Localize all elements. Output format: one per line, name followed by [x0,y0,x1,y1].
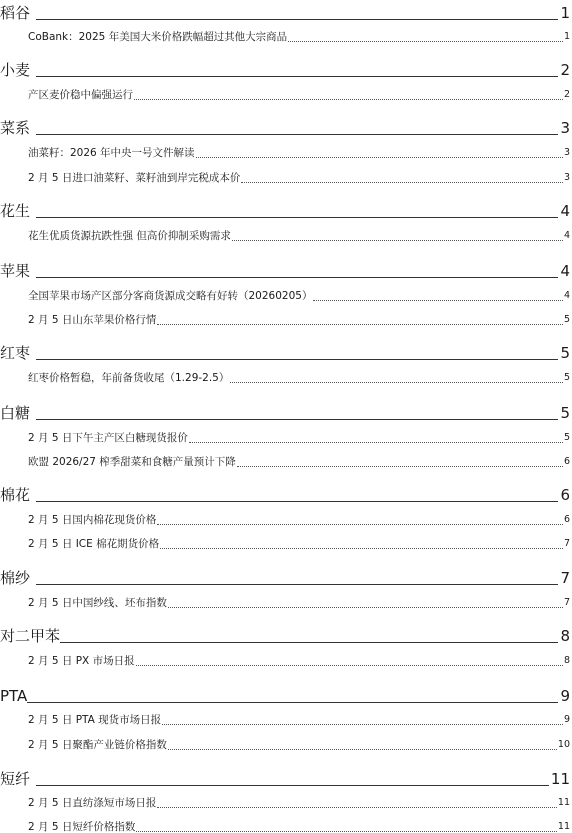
solid-leader-line [36,217,558,218]
toc-heading[interactable]: 花生4 [0,199,572,221]
toc-entry-title[interactable]: 2 月 5 日中国纱线、坯布指数 [28,595,167,611]
toc-heading[interactable]: 小麦2 [0,58,572,80]
toc-entry-title[interactable]: 2 月 5 日 ICE 棉花期货价格 [28,536,159,552]
toc-heading-title[interactable]: 红枣 [0,343,30,363]
toc-entry-title[interactable]: 花生优质货源抗跌性强 但高价抑制采购需求 [28,228,231,244]
toc-heading-title[interactable]: PTA [0,686,27,706]
toc-entry[interactable]: 2 月 5 日山东苹果价格行情5 [0,310,572,328]
toc-heading-title[interactable]: 棉纱 [0,568,30,588]
dotted-leader-line [134,99,563,100]
toc-heading-page-number[interactable]: 9 [560,686,572,706]
toc-entry-page-number[interactable]: 6 [564,512,572,528]
toc-entry-title[interactable]: 2 月 5 日 PX 市场日报 [28,653,135,669]
toc-heading-title[interactable]: 稻谷 [0,3,30,23]
toc-entry-page-number[interactable]: 5 [564,430,572,446]
toc-entry[interactable]: 2 月 5 日下午主产区白糖现货报价5 [0,428,572,446]
toc-heading[interactable]: 稻谷1 [0,1,572,23]
toc-heading-page-number[interactable]: 11 [551,769,572,789]
toc-heading-page-number[interactable]: 7 [560,568,572,588]
toc-entry-page-number[interactable]: 3 [564,145,572,161]
toc-entry[interactable]: 2 月 5 日国内棉花现货价格6 [0,510,572,528]
toc-entry[interactable]: 全国苹果市场产区部分客商货源成交略有好转（20260205）4 [0,286,572,304]
toc-entry-title[interactable]: 欧盟 2026/27 榨季甜菜和食糖产量预计下降 [28,454,236,470]
solid-leader-line [36,501,558,502]
dotted-leader-line [157,524,563,525]
solid-leader-line [36,359,558,360]
toc-entry-page-number[interactable]: 11 [558,819,572,833]
solid-leader-line [36,584,558,585]
toc-heading-title[interactable]: 短纤 [0,769,30,789]
toc-heading[interactable]: 短纤11 [0,767,572,789]
toc-heading[interactable]: 菜系3 [0,116,572,138]
dotted-leader-line [136,831,557,832]
toc-heading-page-number[interactable]: 2 [560,60,572,80]
solid-leader-line [36,134,558,135]
dotted-leader-line [168,749,557,750]
toc-entry-page-number[interactable]: 2 [564,87,572,103]
toc-heading-title[interactable]: 小麦 [0,60,30,80]
toc-entry-title[interactable]: 2 月 5 日聚酯产业链价格指数 [28,737,167,753]
toc-entry-title[interactable]: 2 月 5 日国内棉花现货价格 [28,512,156,528]
toc-entry-page-number[interactable]: 7 [564,595,572,611]
toc-entry-title[interactable]: CoBank：2025 年美国大米价格跌幅超过其他大宗商品 [28,29,287,45]
toc-heading-title[interactable]: 白糖 [0,403,30,423]
toc-heading-page-number[interactable]: 8 [560,626,572,646]
toc-heading[interactable]: 红枣5 [0,341,572,363]
toc-entry-title[interactable]: 2 月 5 日进口油菜籽、菜籽油到岸完税成本价 [28,170,240,186]
toc-entry-page-number[interactable]: 11 [558,795,572,811]
toc-entry[interactable]: 欧盟 2026/27 榨季甜菜和食糖产量预计下降6 [0,452,572,470]
toc-entry-title[interactable]: 2 月 5 日短纤价格指数 [28,819,135,833]
toc-entry[interactable]: 2 月 5 日 ICE 棉花期货价格7 [0,534,572,552]
toc-entry-page-number[interactable]: 9 [564,712,572,728]
toc-entry-title[interactable]: 2 月 5 日 PTA 现货市场日报 [28,712,161,728]
toc-entry-page-number[interactable]: 4 [564,228,572,244]
toc-entry[interactable]: 油菜籽：2026 年中央一号文件解读3 [0,143,572,161]
dotted-leader-line [288,41,563,42]
dotted-leader-line [196,157,563,158]
toc-entry[interactable]: 2 月 5 日进口油菜籽、菜籽油到岸完税成本价3 [0,168,572,186]
toc-entry-title[interactable]: 2 月 5 日直纺涤短市场日报 [28,795,156,811]
toc-heading-title[interactable]: 花生 [0,201,30,221]
toc-entry-page-number[interactable]: 10 [558,737,572,753]
solid-leader-line [36,419,558,420]
solid-leader-line [36,76,558,77]
dotted-leader-line [237,466,563,467]
toc-heading-page-number[interactable]: 4 [560,201,572,221]
dotted-leader-line [157,807,557,808]
toc-entry-page-number[interactable]: 3 [564,170,572,186]
dotted-leader-line [189,442,563,443]
toc-heading-title[interactable]: 菜系 [0,118,30,138]
toc-entry[interactable]: 2 月 5 日 PTA 现货市场日报9 [0,710,572,728]
dotted-leader-line [162,724,563,725]
dotted-leader-line [136,665,563,666]
toc-heading-page-number[interactable]: 1 [560,3,572,23]
toc-entry-page-number[interactable]: 1 [564,29,572,45]
toc-entry-title[interactable]: 2 月 5 日山东苹果价格行情 [28,312,156,328]
toc-heading-page-number[interactable]: 5 [560,403,572,423]
toc-heading[interactable]: 对二甲苯8 [0,624,572,646]
solid-leader-line [36,277,558,278]
toc-heading-page-number[interactable]: 6 [560,485,572,505]
toc-entry-page-number[interactable]: 6 [564,454,572,470]
toc-heading-page-number[interactable]: 4 [560,261,572,281]
solid-leader-line [36,785,549,786]
toc-entry[interactable]: 2 月 5 日中国纱线、坯布指数7 [0,593,572,611]
toc-heading[interactable]: 棉花6 [0,483,572,505]
toc-entry-page-number[interactable]: 4 [564,288,572,304]
toc-entry[interactable]: 红枣价格暂稳，年前备货收尾（1.29-2.5）5 [0,368,572,386]
toc-heading[interactable]: PTA9 [0,684,572,706]
toc-entry[interactable]: 2 月 5 日聚酯产业链价格指数10 [0,735,572,753]
toc-entry[interactable]: CoBank：2025 年美国大米价格跌幅超过其他大宗商品1 [0,27,572,45]
toc-entry[interactable]: 产区麦价稳中偏强运行2 [0,85,572,103]
solid-leader-line [60,642,558,643]
toc-entry-page-number[interactable]: 5 [564,312,572,328]
toc-entry[interactable]: 2 月 5 日直纺涤短市场日报11 [0,793,572,811]
toc-entry-title[interactable]: 2 月 5 日下午主产区白糖现货报价 [28,430,188,446]
toc-heading[interactable]: 白糖5 [0,401,572,423]
toc-heading-title[interactable]: 棉花 [0,485,30,505]
solid-leader-line [36,19,558,20]
toc-entry-page-number[interactable]: 5 [564,370,572,386]
dotted-leader-line [168,607,563,608]
dotted-leader-line [157,324,563,325]
toc-heading-page-number[interactable]: 3 [560,118,572,138]
toc-heading-page-number[interactable]: 5 [560,343,572,363]
toc-entry-page-number[interactable]: 8 [564,653,572,669]
toc-entry-page-number[interactable]: 7 [564,536,572,552]
toc-heading-title[interactable]: 对二甲苯 [0,626,60,646]
toc-entry[interactable]: 2 月 5 日短纤价格指数11 [0,817,572,833]
toc-entry-title[interactable]: 全国苹果市场产区部分客商货源成交略有好转（20260205） [28,288,312,304]
dotted-leader-line [232,240,563,241]
dotted-leader-line [230,382,563,383]
toc-entry-title[interactable]: 红枣价格暂稳，年前备货收尾（1.29-2.5） [28,370,229,386]
toc-heading-title[interactable]: 苹果 [0,261,30,281]
solid-leader-line [27,702,558,703]
toc-heading[interactable]: 棉纱7 [0,566,572,588]
toc-entry-title[interactable]: 油菜籽：2026 年中央一号文件解读 [28,145,195,161]
toc-entry[interactable]: 2 月 5 日 PX 市场日报8 [0,651,572,669]
toc-heading[interactable]: 苹果4 [0,259,572,281]
dotted-leader-line [241,182,563,183]
dotted-leader-line [313,300,563,301]
dotted-leader-line [160,548,563,549]
toc-entry[interactable]: 花生优质货源抗跌性强 但高价抑制采购需求4 [0,226,572,244]
toc-entry-title[interactable]: 产区麦价稳中偏强运行 [28,87,133,103]
